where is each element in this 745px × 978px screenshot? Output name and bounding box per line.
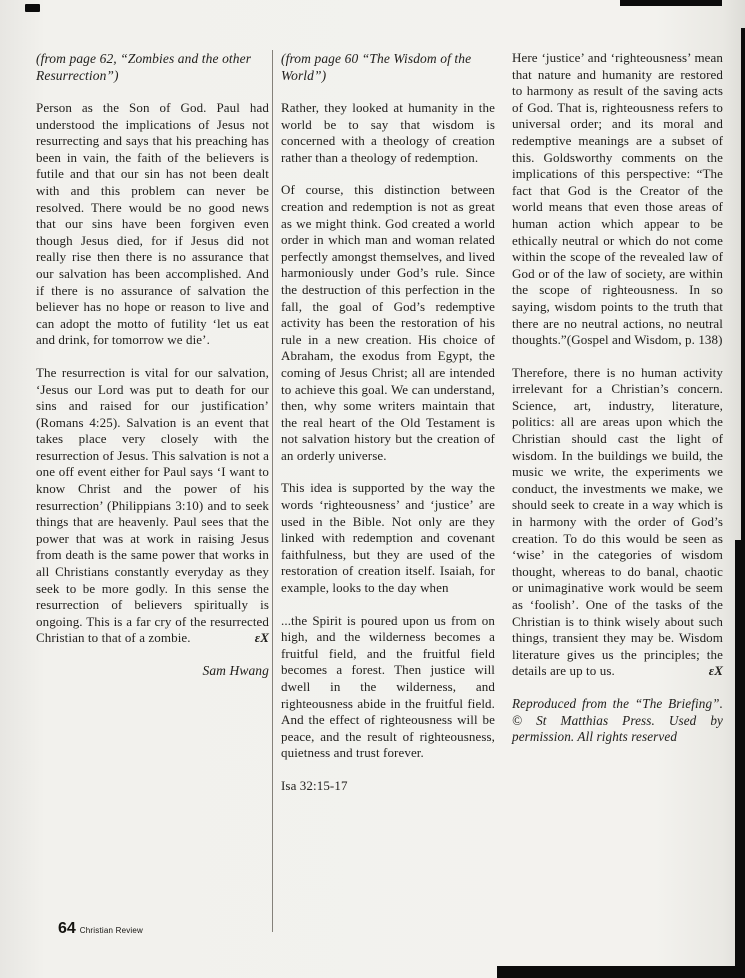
paragraph: Person as the Son of God. Paul had under… (36, 100, 269, 349)
article-end-mark: εX (255, 630, 269, 647)
column-wisdom-article-continued: Here ‘justice’ and ‘righteousness’ mean … (512, 50, 723, 762)
scripture-blockquote: ...the Spirit is poured upon us from on … (281, 613, 495, 762)
article-continuation-heading: (from page 60 “The Wisdom of the World”) (281, 50, 495, 84)
scanned-magazine-page: (from page 62, “Zombies and the other Re… (0, 0, 745, 978)
scan-artifact-right-edge-thin (741, 28, 745, 540)
page-number: 64 (58, 920, 76, 938)
column-divider-rule (272, 50, 273, 932)
article-continuation-heading: (from page 62, “Zombies and the other Re… (36, 50, 269, 84)
paragraph: Of course, this distinction between crea… (281, 182, 495, 464)
author-signature: Sam Hwang (36, 663, 269, 680)
paragraph-text: Therefore, there is no human activity ir… (512, 365, 723, 679)
scan-artifact-top-right (620, 0, 722, 6)
scan-artifact-right-edge-bar (735, 540, 745, 978)
paragraph: Rather, they looked at humanity in the w… (281, 100, 495, 166)
publication-name: Christian Review (80, 926, 143, 935)
page-footer: 64 Christian Review (58, 920, 143, 938)
reproduction-credit: Reproduced from the “The Briefing”. © St… (512, 696, 723, 746)
column-zombies-article: (from page 62, “Zombies and the other Re… (36, 50, 269, 696)
paragraph: This idea is supported by the way the wo… (281, 480, 495, 596)
paragraph-text: The resurrection is vital for our salvat… (36, 365, 269, 646)
scripture-citation: Isa 32:15-17 (281, 778, 495, 795)
paragraph: Therefore, there is no human activity ir… (512, 365, 723, 680)
column-wisdom-article: (from page 60 “The Wisdom of the World”)… (281, 50, 495, 811)
scan-artifact-bottom-edge-bar (497, 966, 745, 978)
paragraph: Here ‘justice’ and ‘righteousness’ mean … (512, 50, 723, 349)
article-end-mark: εX (709, 663, 723, 680)
scan-artifact-top-left (25, 4, 40, 12)
paragraph: The resurrection is vital for our salvat… (36, 365, 269, 647)
